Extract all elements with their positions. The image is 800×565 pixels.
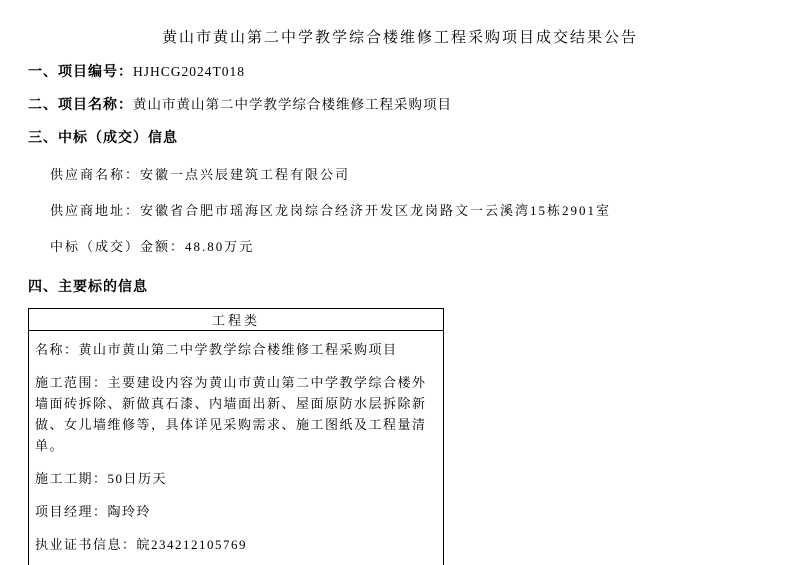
page-title: 黄山市黄山第二中学教学综合楼维修工程采购项目成交结果公告 (28, 28, 772, 48)
supplier-name-value: 安徽一点兴辰建筑工程有限公司 (140, 167, 350, 182)
project-name-value: 黄山市黄山第二中学教学综合楼维修工程采购项目 (133, 97, 452, 112)
project-number-value: HJHCG2024T018 (133, 64, 245, 79)
subject-table-category-header: 工程类 (29, 309, 444, 331)
supplier-name-line: 供应商名称：安徽一点兴辰建筑工程有限公司 (50, 167, 772, 183)
project-manager-row: 项目经理：陶玲玲 (35, 501, 437, 522)
section-subject-info-heading: 四、主要标的信息 (28, 278, 772, 296)
subject-table-body-cell: 名称：黄山市黄山第二中学教学综合楼维修工程采购项目 施工范围：主要建设内容为黄山… (29, 331, 444, 565)
certificate-info-row: 执业证书信息：皖234212105769 (35, 534, 437, 555)
announcement-document: 黄山市黄山第二中学教学综合楼维修工程采购项目成交结果公告 一、项目编号：HJHC… (0, 0, 800, 565)
supplier-name-label: 供应商名称： (50, 167, 140, 182)
supplier-address-line: 供应商地址：安徽省合肥市瑶海区龙岗综合经济开发区龙岗路文一云溪湾15栋2901室 (50, 203, 772, 219)
section-project-name: 二、项目名称：黄山市黄山第二中学教学综合楼维修工程采购项目 (28, 96, 772, 114)
project-number-label: 一、项目编号： (28, 63, 133, 79)
subject-name-row: 名称：黄山市黄山第二中学教学综合楼维修工程采购项目 (35, 339, 437, 360)
subject-info-table: 工程类 名称：黄山市黄山第二中学教学综合楼维修工程采购项目 施工范围：主要建设内… (28, 308, 444, 565)
award-amount-line: 中标（成交）金额：48.80万元 (50, 239, 772, 255)
section-award-info-heading: 三、中标（成交）信息 (28, 129, 772, 147)
supplier-address-label: 供应商地址： (50, 203, 140, 218)
subject-info-heading-label: 四、主要标的信息 (28, 278, 148, 294)
section-project-number: 一、项目编号：HJHCG2024T018 (28, 63, 772, 81)
project-name-label: 二、项目名称： (28, 96, 133, 112)
award-amount-value: 48.80万元 (185, 239, 254, 254)
construction-scope-row: 施工范围：主要建设内容为黄山市黄山第二中学教学综合楼外墙面砖拆除、新做真石漆、内… (35, 372, 437, 456)
subject-table-body-row: 名称：黄山市黄山第二中学教学综合楼维修工程采购项目 施工范围：主要建设内容为黄山… (29, 331, 444, 565)
award-info-heading-label: 三、中标（成交）信息 (28, 129, 178, 145)
award-amount-label: 中标（成交）金额： (50, 239, 185, 254)
construction-duration-row: 施工工期：50日历天 (35, 468, 437, 489)
supplier-address-value: 安徽省合肥市瑶海区龙岗综合经济开发区龙岗路文一云溪湾15栋2901室 (140, 203, 611, 218)
subject-table-header-row: 工程类 (29, 309, 444, 331)
